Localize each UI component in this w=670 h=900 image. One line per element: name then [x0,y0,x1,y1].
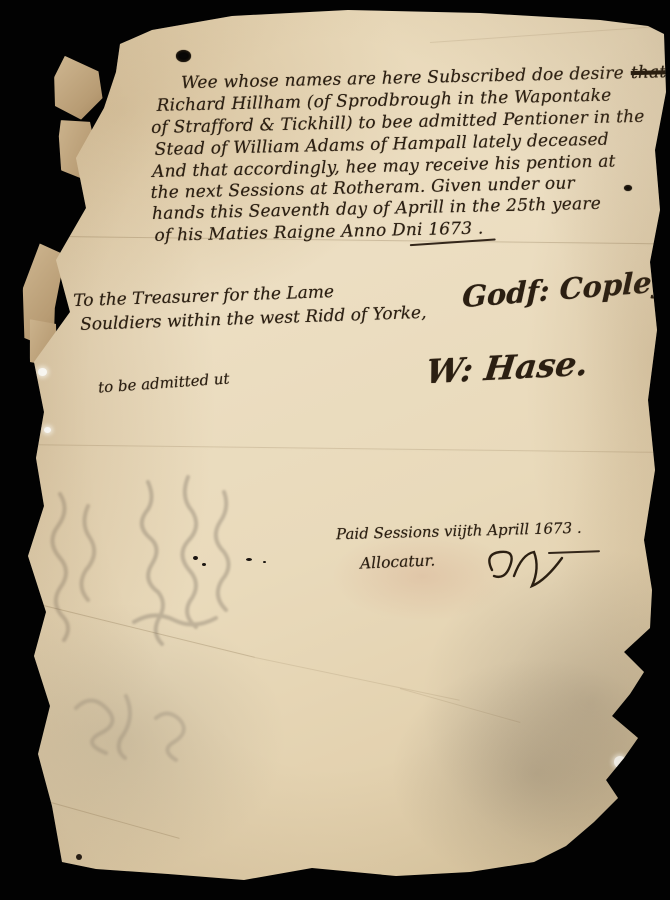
photograph-of-manuscript: Wee whose names are here Subscribed doe … [0,0,670,900]
manuscript-sheet: Wee whose names are here Subscribed doe … [0,0,670,900]
torn-paper-flap [46,55,110,124]
aged-edge-vignette [0,0,670,900]
